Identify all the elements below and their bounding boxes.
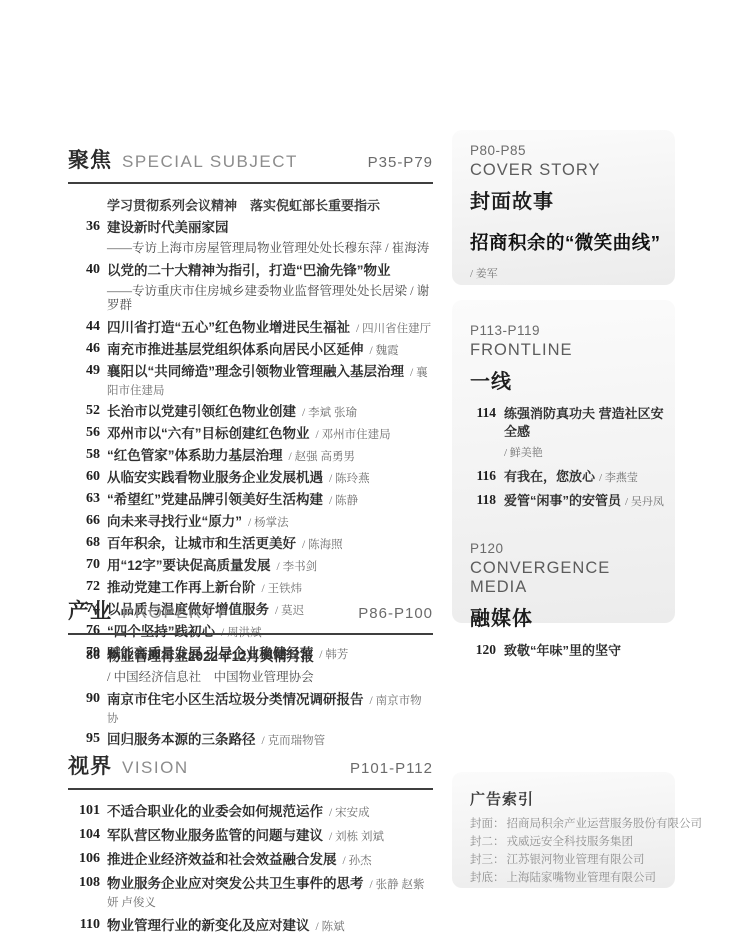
section-title-en: SPECIAL SUBJECT <box>122 152 368 172</box>
item-title: 四川省打造“五心”红色物业增进民生福祉 <box>107 320 350 335</box>
item-body: 致敬“年味”里的坚守 <box>504 642 665 660</box>
item-title: 爱管“闲事”的安管员 <box>504 493 621 508</box>
item-author: / 吴丹凤 <box>625 496 664 508</box>
toc-item: 110 物业管理行业的新变化及应对建议/ 陈斌 <box>68 917 433 935</box>
toc-item: 116 有我在，您放心/ 李燕莹 <box>470 468 665 486</box>
section-page-range: P86-P100 <box>358 605 433 622</box>
ad-index-entry: 封底：上海陆家嘴物业管理有限公司 <box>470 872 663 884</box>
toc-item: 学习贯彻系列会议精神 落实倪虹部长重要指示 <box>68 197 433 215</box>
item-title: 有我在，您放心 <box>504 469 595 484</box>
item-subtitle: / 鲜美艳 <box>504 446 665 460</box>
section-page-range: P101-P112 <box>350 760 433 777</box>
item-body: “希望红”党建品牌引领美好生活构建/ 陈静 <box>107 491 433 509</box>
item-page-number: 52 <box>68 403 100 421</box>
item-page-number: 36 <box>68 219 100 258</box>
ad-entry-label: 封底： <box>470 872 505 884</box>
section-header: 视界 VISION P101-P112 <box>68 750 433 790</box>
item-body: 回归服务本源的三条路径/ 克而瑞物管 <box>107 731 433 749</box>
section-page-range: P35-P79 <box>368 154 433 171</box>
item-body: 以党的二十大精神为指引，打造“巴渝先锋”物业 ——专访重庆市住房城乡建委物业监督… <box>107 262 433 315</box>
item-body: 军队营区物业服务监管的问题与建议/ 刘栋 刘斌 <box>107 827 433 845</box>
item-page-number: 110 <box>68 917 100 935</box>
ad-entry-label: 封面： <box>470 818 505 830</box>
toc-item: 46 南充市推进基层党组织体系向居民小区延伸/ 魏霞 <box>68 341 433 359</box>
item-author: / 刘栋 刘斌 <box>329 831 384 843</box>
item-author: / 杨掌法 <box>248 517 289 529</box>
item-author: / 李燕莹 <box>599 472 638 484</box>
item-page-number: 63 <box>68 491 100 509</box>
toc-list-vision: 101 不适合职业化的业委会如何规范运作/ 宋安成 104 军队营区物业服务监管… <box>68 803 433 935</box>
item-body: 南京市住宅小区生活垃圾分类情况调研报告/ 南京市物协 <box>107 691 433 727</box>
frontline-media-box: P113-P119 FRONTLINE 一线 114 练强消防真功夫 营造社区安… <box>452 300 675 623</box>
item-body: 有我在，您放心/ 李燕莹 <box>504 468 665 486</box>
convergence-title-zh: 融媒体 <box>470 602 665 631</box>
frontline-title-zh: 一线 <box>470 365 665 394</box>
section-title-en: VISION <box>122 758 350 778</box>
section-property: 产业 PROPERTY P86-P100 86 物业管理行业2022年12月舆情… <box>68 595 433 753</box>
section-title-zh: 产业 <box>68 595 112 625</box>
item-title: 推动党建工作再上新台阶 <box>107 580 256 595</box>
toc-item: 106 推进企业经济效益和社会效益融合发展/ 孙杰 <box>68 851 433 869</box>
item-subtitle: / 中国经济信息社 中国物业管理协会 <box>107 670 433 684</box>
item-title: 向未来寻找行业“原力” <box>107 514 242 529</box>
item-page-number: 106 <box>68 851 100 869</box>
item-page-number: 108 <box>68 875 100 911</box>
toc-item: 86 物业管理行业2022年12月舆情月报 / 中国经济信息社 中国物业管理协会 <box>68 648 433 687</box>
convergence-title-en: CONVERGENCE MEDIA <box>470 559 665 597</box>
item-body: 百年积余，让城市和生活更美好/ 陈海照 <box>107 535 433 553</box>
item-page-number: 46 <box>68 341 100 359</box>
item-page-number: 44 <box>68 319 100 337</box>
item-page-number: 90 <box>68 691 100 727</box>
item-author: / 陈海照 <box>302 539 343 551</box>
item-page-number: 86 <box>68 648 100 687</box>
item-author: / 李书剑 <box>277 561 318 573</box>
frontline-page-range: P113-P119 <box>470 323 665 338</box>
cover-story-title-en: COVER STORY <box>470 161 661 180</box>
toc-item: 52 长治市以党建引领红色物业创建/ 李斌 张瑜 <box>68 403 433 421</box>
item-page-number: 58 <box>68 447 100 465</box>
toc-item: 56 邓州市以“六有”目标创建红色物业/ 邓州市住建局 <box>68 425 433 443</box>
toc-list-special-subject: 学习贯彻系列会议精神 落实倪虹部长重要指示 36 建设新时代美丽家园 ——专访上… <box>68 197 433 663</box>
toc-item: 118 爱管“闲事”的安管员/ 吴丹凤 <box>470 492 665 510</box>
toc-item: 70 用“12字”要诀促高质量发展/ 李书剑 <box>68 557 433 575</box>
item-title: 南京市住宅小区生活垃圾分类情况调研报告 <box>107 692 364 707</box>
item-page-number <box>68 197 100 215</box>
item-title: 襄阳以“共同缔造”理念引领物业管理融入基层治理 <box>107 364 404 379</box>
item-page-number: 120 <box>470 642 496 660</box>
toc-list-property: 86 物业管理行业2022年12月舆情月报 / 中国经济信息社 中国物业管理协会… <box>68 648 433 749</box>
item-title: 物业管理行业的新变化及应对建议 <box>107 918 310 933</box>
ad-entry-label: 封二： <box>470 836 505 848</box>
ad-index-entry: 封面：招商局积余产业运营服务股份有限公司 <box>470 818 663 830</box>
section-title-en: PROPERTY <box>122 603 358 623</box>
item-author: / 孙杰 <box>343 855 372 867</box>
item-title: 致敬“年味”里的坚守 <box>504 643 621 658</box>
ad-entry-company: 上海陆家嘴物业管理有限公司 <box>507 872 657 884</box>
item-body: “红色管家”体系助力基层治理/ 赵强 高勇男 <box>107 447 433 465</box>
item-body: 向未来寻找行业“原力”/ 杨掌法 <box>107 513 433 531</box>
item-body: 襄阳以“共同缔造”理念引领物业管理融入基层治理/ 襄阳市住建局 <box>107 363 433 399</box>
ad-entry-label: 封三： <box>470 854 505 866</box>
item-page-number: 70 <box>68 557 100 575</box>
item-author: / 王铁炜 <box>262 583 303 595</box>
item-page-number: 116 <box>470 468 496 486</box>
item-title: 练强消防真功夫 营造社区安全感 <box>504 406 664 439</box>
item-body: 不适合职业化的业委会如何规范运作/ 宋安成 <box>107 803 433 821</box>
toc-item: 60 从临安实践看物业服务企业发展机遇/ 陈玲燕 <box>68 469 433 487</box>
item-page-number: 66 <box>68 513 100 531</box>
item-title: 用“12字”要诀促高质量发展 <box>107 558 271 573</box>
cover-story-page-range: P80-P85 <box>470 143 661 158</box>
section-header: 产业 PROPERTY P86-P100 <box>68 595 433 635</box>
item-page-number: 104 <box>68 827 100 845</box>
section-header: 聚焦 SPECIAL SUBJECT P35-P79 <box>68 144 433 184</box>
cover-story-feature-title: 招商积余的“微笑曲线” <box>470 229 661 255</box>
section-vision: 视界 VISION P101-P112 101 不适合职业化的业委会如何规范运作… <box>68 750 433 941</box>
toc-item: 49 襄阳以“共同缔造”理念引领物业管理融入基层治理/ 襄阳市住建局 <box>68 363 433 399</box>
item-author: / 四川省住建厅 <box>356 323 431 335</box>
item-body: 练强消防真功夫 营造社区安全感 / 鲜美艳 <box>504 405 665 462</box>
ad-entry-company: 招商局积余产业运营服务股份有限公司 <box>507 818 703 830</box>
toc-item: 120 致敬“年味”里的坚守 <box>470 642 665 660</box>
item-body: 从临安实践看物业服务企业发展机遇/ 陈玲燕 <box>107 469 433 487</box>
ad-entry-company: 江苏银河物业管理有限公司 <box>507 854 645 866</box>
item-body: 建设新时代美丽家园 ——专访上海市房屋管理局物业管理处处长穆东萍 / 崔海涛 <box>107 219 433 258</box>
item-body: 物业服务企业应对突发公共卫生事件的思考/ 张静 赵紫妍 卢俊义 <box>107 875 433 911</box>
toc-item: 63 “希望红”党建品牌引领美好生活构建/ 陈静 <box>68 491 433 509</box>
ad-index-entries: 封面：招商局积余产业运营服务股份有限公司 封二：戎威远安全科技服务集团 封三：江… <box>470 818 663 884</box>
toc-list-frontline: 114 练强消防真功夫 营造社区安全感 / 鲜美艳 116 有我在，您放心/ 李… <box>470 405 665 510</box>
item-page-number: 118 <box>470 492 496 510</box>
toc-item: 58 “红色管家”体系助力基层治理/ 赵强 高勇男 <box>68 447 433 465</box>
toc-item: 44 四川省打造“五心”红色物业增进民生福祉/ 四川省住建厅 <box>68 319 433 337</box>
item-body: 四川省打造“五心”红色物业增进民生福祉/ 四川省住建厅 <box>107 319 433 337</box>
item-body: 物业管理行业2022年12月舆情月报 / 中国经济信息社 中国物业管理协会 <box>107 648 433 687</box>
convergence-media-section: P120 CONVERGENCE MEDIA 融媒体 120 致敬“年味”里的坚… <box>470 541 665 660</box>
item-author: / 陈玲燕 <box>329 473 370 485</box>
item-title: 从临安实践看物业服务企业发展机遇 <box>107 470 323 485</box>
toc-item: 104 军队营区物业服务监管的问题与建议/ 刘栋 刘斌 <box>68 827 433 845</box>
item-body: 用“12字”要诀促高质量发展/ 李书剑 <box>107 557 433 575</box>
toc-item: 40 以党的二十大精神为指引，打造“巴渝先锋”物业 ——专访重庆市住房城乡建委物… <box>68 262 433 315</box>
item-title: 不适合职业化的业委会如何规范运作 <box>107 804 323 819</box>
item-body: 物业管理行业的新变化及应对建议/ 陈斌 <box>107 917 433 935</box>
item-subtitle: ——专访重庆市住房城乡建委物业监督管理处处长居梁 / 谢罗群 <box>107 284 433 312</box>
item-author: / 陈静 <box>329 495 358 507</box>
item-body: 爱管“闲事”的安管员/ 吴丹凤 <box>504 492 665 510</box>
item-title: 军队营区物业服务监管的问题与建议 <box>107 828 323 843</box>
ad-entry-company: 戎威远安全科技服务集团 <box>507 836 634 848</box>
ad-index-entry: 封二：戎威远安全科技服务集团 <box>470 836 663 848</box>
item-page-number: 95 <box>68 731 100 749</box>
item-title: 建设新时代美丽家园 <box>107 220 229 235</box>
item-author: / 李斌 张瑜 <box>302 407 357 419</box>
section-special-subject: 聚焦 SPECIAL SUBJECT P35-P79 学习贯彻系列会议精神 落实… <box>68 144 433 667</box>
frontline-title-en: FRONTLINE <box>470 341 665 360</box>
item-title: 南充市推进基层党组织体系向居民小区延伸 <box>107 342 364 357</box>
toc-item: 95 回归服务本源的三条路径/ 克而瑞物管 <box>68 731 433 749</box>
item-page-number: 114 <box>470 405 496 462</box>
item-author: / 陈斌 <box>316 921 345 933</box>
item-author: / 邓州市住建局 <box>316 429 391 441</box>
item-title: 以党的二十大精神为指引，打造“巴渝先锋”物业 <box>107 263 391 278</box>
frontline-section: P113-P119 FRONTLINE 一线 114 练强消防真功夫 营造社区安… <box>470 323 665 510</box>
section-title-zh: 聚焦 <box>68 144 112 174</box>
item-title: 邓州市以“六有”目标创建红色物业 <box>107 426 310 441</box>
item-page-number: 60 <box>68 469 100 487</box>
item-body: 推进企业经济效益和社会效益融合发展/ 孙杰 <box>107 851 433 869</box>
item-page-number: 49 <box>68 363 100 399</box>
toc-item: 36 建设新时代美丽家园 ——专访上海市房屋管理局物业管理处处长穆东萍 / 崔海… <box>68 219 433 258</box>
item-title: 物业管理行业2022年12月舆情月报 <box>107 649 314 664</box>
ad-index-box: 广告索引 封面：招商局积余产业运营服务股份有限公司 封二：戎威远安全科技服务集团… <box>452 772 675 888</box>
item-title: 百年积余，让城市和生活更美好 <box>107 536 296 551</box>
item-author: / 宋安成 <box>329 807 370 819</box>
item-body: 邓州市以“六有”目标创建红色物业/ 邓州市住建局 <box>107 425 433 443</box>
convergence-page-range: P120 <box>470 541 665 556</box>
item-page-number: 56 <box>68 425 100 443</box>
toc-list-convergence-media: 120 致敬“年味”里的坚守 <box>470 642 665 660</box>
item-title: 推进企业经济效益和社会效益融合发展 <box>107 852 337 867</box>
item-subtitle: ——专访上海市房屋管理局物业管理处处长穆东萍 / 崔海涛 <box>107 241 433 255</box>
item-page-number: 40 <box>68 262 100 315</box>
item-body: 学习贯彻系列会议精神 落实倪虹部长重要指示 <box>107 197 433 215</box>
toc-item: 90 南京市住宅小区生活垃圾分类情况调研报告/ 南京市物协 <box>68 691 433 727</box>
item-title: 长治市以党建引领红色物业创建 <box>107 404 296 419</box>
section-title-zh: 视界 <box>68 750 112 780</box>
cover-story-feature-author: / 姜军 <box>470 265 661 281</box>
magazine-toc-page: 聚焦 SPECIAL SUBJECT P35-P79 学习贯彻系列会议精神 落实… <box>0 0 730 946</box>
item-title: 学习贯彻系列会议精神 落实倪虹部长重要指示 <box>107 198 380 213</box>
item-body: 南充市推进基层党组织体系向居民小区延伸/ 魏霞 <box>107 341 433 359</box>
toc-item: 66 向未来寻找行业“原力”/ 杨掌法 <box>68 513 433 531</box>
item-page-number: 101 <box>68 803 100 821</box>
item-title: 回归服务本源的三条路径 <box>107 732 256 747</box>
ad-index-entry: 封三：江苏银河物业管理有限公司 <box>470 854 663 866</box>
toc-item: 101 不适合职业化的业委会如何规范运作/ 宋安成 <box>68 803 433 821</box>
item-author: / 赵强 高勇男 <box>289 451 355 463</box>
item-author: / 克而瑞物管 <box>262 735 326 747</box>
item-title: “希望红”党建品牌引领美好生活构建 <box>107 492 323 507</box>
toc-item: 68 百年积余，让城市和生活更美好/ 陈海照 <box>68 535 433 553</box>
ad-index-title: 广告索引 <box>470 788 663 809</box>
cover-story-title-zh: 封面故事 <box>470 185 661 214</box>
toc-item: 108 物业服务企业应对突发公共卫生事件的思考/ 张静 赵紫妍 卢俊义 <box>68 875 433 911</box>
item-author: / 魏霞 <box>370 345 399 357</box>
item-body: 长治市以党建引领红色物业创建/ 李斌 张瑜 <box>107 403 433 421</box>
cover-story-box: P80-P85 COVER STORY 封面故事 招商积余的“微笑曲线” / 姜… <box>452 130 675 285</box>
item-title: “红色管家”体系助力基层治理 <box>107 448 283 463</box>
item-title: 物业服务企业应对突发公共卫生事件的思考 <box>107 876 364 891</box>
item-page-number: 68 <box>68 535 100 553</box>
toc-item: 114 练强消防真功夫 营造社区安全感 / 鲜美艳 <box>470 405 665 462</box>
